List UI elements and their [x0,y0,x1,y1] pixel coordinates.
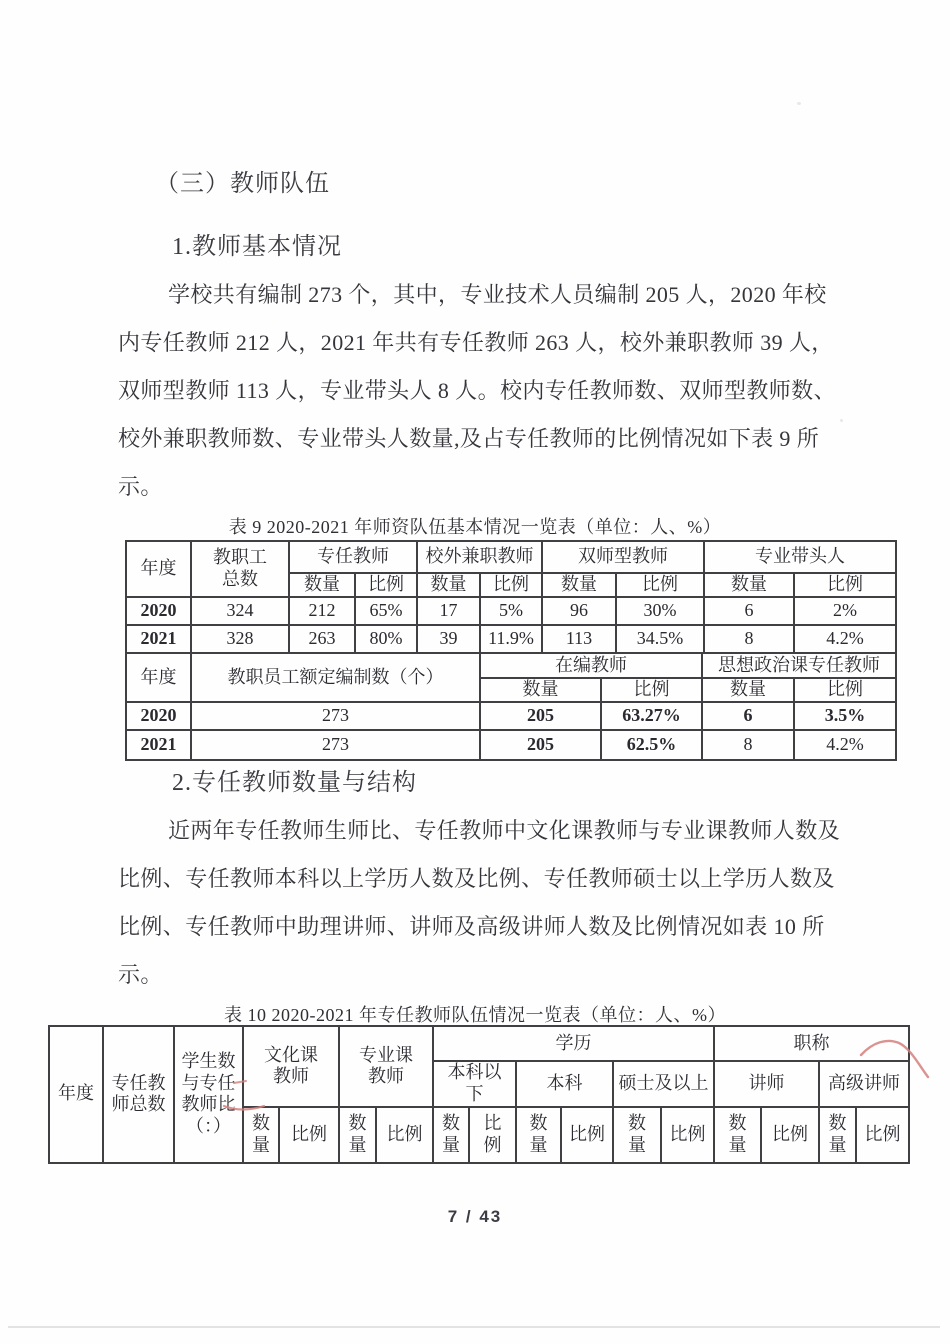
data-cell: 113 [542,625,616,653]
header-cell-subject-leaders: 专业带头人 [704,541,896,573]
header-cell-fulltime-teachers: 专任教师 [289,541,417,573]
data-cell: 3.5% [794,702,896,730]
subsection-heading-2: 2.专任教师数量与结构 [172,762,417,797]
header-cell-ratio: 比例 [355,573,417,597]
table9-title: 表 9 2020-2021 年师资队伍基本情况一览表（单位：人、%） [0,513,950,539]
header-cell-year: 年度 [126,653,191,702]
header-cell-incumbent-teachers: 在编教师 [480,653,702,678]
data-cell-year: 2020 [126,702,191,730]
header-cell-qty: 数 量 [714,1107,761,1163]
paragraph-line: 内专任教师 212 人，2021 年共有专任教师 263 人，校外兼职教师 39… [118,326,834,357]
subsection-heading-1: 1.教师基本情况 [172,226,342,261]
header-cell-ratio: 比例 [661,1107,714,1163]
paragraph-line: 比例、专任教师中助理讲师、讲师及高级讲师人数及比例情况如表 10 所 [118,910,825,941]
data-cell: 273 [191,730,480,760]
data-cell-year: 2021 [126,730,191,760]
header-cell-ratio: 比例 [480,573,542,597]
table-row: 2020 324 212 65% 17 5% 96 30% 6 2% [126,597,896,625]
scan-speck [797,102,801,105]
data-cell: 6 [702,702,794,730]
data-cell: 328 [191,625,289,653]
data-cell: 11.9% [480,625,542,653]
header-cell-major-course-teachers: 专业课 教师 [339,1026,433,1107]
header-cell-qty: 数 量 [516,1107,561,1163]
scan-artifact-line [8,1326,940,1328]
header-cell-year: 年度 [126,541,191,597]
data-cell: 96 [542,597,616,625]
header-cell-fulltime-total: 专任教 师总数 [103,1026,174,1163]
header-cell-below-bachelor: 本科以 下 [433,1061,516,1107]
table-row: 2021 328 263 80% 39 11.9% 113 34.5% 8 4.… [126,625,896,653]
header-cell-lecturer: 讲师 [714,1061,819,1107]
table10-title: 表 10 2020-2021 年专任教师队伍情况一览表（单位：人、%） [0,1001,950,1027]
table-9-part2: 年度 教职员工额定编制数（个） 在编教师 思想政治课专任教师 数量 比例 数量 … [125,652,897,761]
data-cell: 205 [480,730,601,760]
data-cell: 6 [704,597,794,625]
data-cell: 205 [480,702,601,730]
paragraph-line: 学校共有编制 273 个，其中，专业技术人员编制 205 人，2020 年校 [168,278,827,309]
header-cell-ratio: 比例 [279,1107,339,1163]
header-cell-qty: 数量 [480,678,601,702]
red-pen-mark-senior-lecturer [855,1033,935,1083]
header-cell-ratio: 比例 [601,678,702,702]
header-cell-qty: 数 量 [819,1107,856,1163]
data-cell: 30% [616,597,704,625]
header-cell-ratio: 比例 [794,573,896,597]
data-cell: 34.5% [616,625,704,653]
header-cell-dualqualified-teachers: 双师型教师 [542,541,704,573]
data-cell: 212 [289,597,355,625]
red-pen-mark-teacher-ratio [220,1078,280,1116]
header-cell-quota: 教职员工额定编制数（个） [191,653,480,702]
header-cell-ratio: 比例 [856,1107,909,1163]
table-10-fulltime-teachers: 年度 专任教 师总数 学生数 与专任 教师比 （：） 文化课 教师 专业课 教师… [48,1025,910,1164]
header-cell-qty: 数 量 [613,1107,661,1163]
table-9-staff-overview: 年度 教职工 总数 专任教师 校外兼职教师 双师型教师 专业带头人 数量 比例 … [125,540,897,761]
data-cell-year: 2021 [126,625,191,653]
header-cell-qty: 数量 [289,573,355,597]
data-cell: 2% [794,597,896,625]
header-cell-master-and-above: 硕士及以上 [613,1061,714,1107]
page-number: 7 / 43 [0,1207,950,1227]
header-cell-qty: 数 量 [433,1107,469,1163]
scanned-document-page: （三）教师队伍 1.教师基本情况 学校共有编制 273 个，其中，专业技术人员编… [0,0,950,1344]
table-row: 2021 273 205 62.5% 8 4.2% [126,730,896,760]
table-row: 2020 273 205 63.27% 6 3.5% [126,702,896,730]
header-cell-year: 年度 [49,1026,103,1163]
data-cell: 39 [417,625,480,653]
data-cell: 63.27% [601,702,702,730]
header-cell-ratio: 比例 [794,678,896,702]
header-cell-politics-teachers: 思想政治课专任教师 [702,653,896,678]
data-cell: 62.5% [601,730,702,760]
header-cell-qty: 数量 [417,573,480,597]
header-cell-qty: 数量 [704,573,794,597]
page-number-current: 7 / 43 [448,1207,503,1226]
header-cell-ratio: 比例 [616,573,704,597]
header-cell-ratio: 比例 [561,1107,613,1163]
data-cell: 324 [191,597,289,625]
data-cell: 65% [355,597,417,625]
paragraph-line: 双师型教师 113 人，专业带头人 8 人。校内专任教师数、双师型教师数、 [118,374,836,405]
paragraph-line: 比例、专任教师本科以上学历人数及比例、专任教师硕士以上学历人数及 [118,862,835,893]
header-cell-qty: 数量 [702,678,794,702]
data-cell: 5% [480,597,542,625]
data-cell: 4.2% [794,730,896,760]
data-cell: 17 [417,597,480,625]
paragraph-line: 近两年专任教师生师比、专任教师中文化课教师与专业课教师人数及 [168,814,840,845]
data-cell: 4.2% [794,625,896,653]
header-cell-ratio: 比 例 [469,1107,516,1163]
header-cell-qty: 数量 [542,573,616,597]
paragraph-line: 校外兼职教师数、专业带头人数量,及占专任教师的比例情况如下表 9 所 [118,422,819,453]
section-heading: （三）教师队伍 [155,163,330,198]
data-cell: 8 [704,625,794,653]
header-cell-ratio: 比例 [761,1107,819,1163]
header-cell-qty: 数 量 [339,1107,376,1163]
paragraph-line: 示。 [118,958,163,989]
data-cell: 263 [289,625,355,653]
paragraph-line: 示。 [118,470,163,501]
data-cell: 80% [355,625,417,653]
header-cell-staff-total: 教职工 总数 [191,541,289,597]
header-cell-parttime-teachers: 校外兼职教师 [417,541,542,573]
data-cell: 8 [702,730,794,760]
data-cell-year: 2020 [126,597,191,625]
data-cell: 273 [191,702,480,730]
header-cell-bachelor: 本科 [516,1061,613,1107]
header-cell-education-group: 学历 [433,1026,714,1061]
header-cell-ratio: 比例 [376,1107,433,1163]
scan-speck [840,419,843,422]
